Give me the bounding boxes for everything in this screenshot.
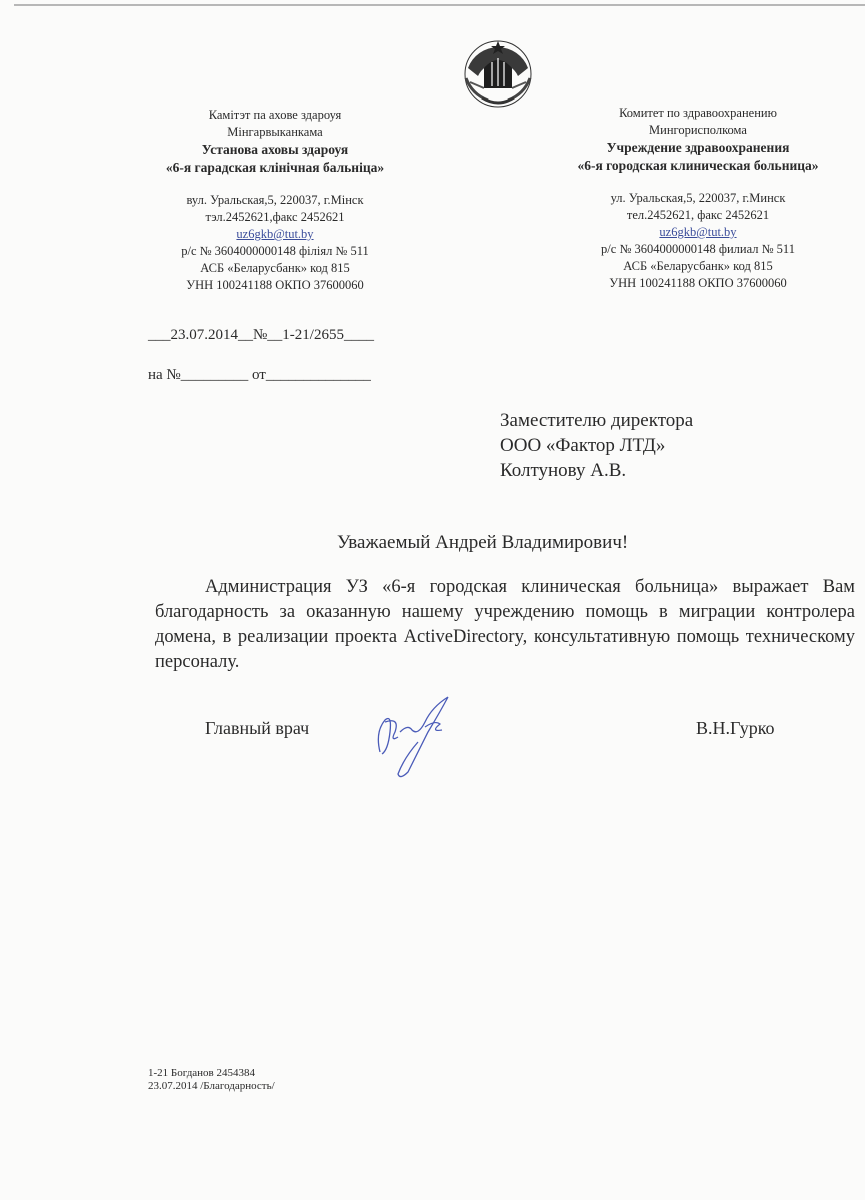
executive-committee: Мингорисполкома xyxy=(548,122,848,139)
tax-ids: УНН 100241188 ОКПО 37600060 xyxy=(140,277,410,294)
letter-body: Администрация УЗ «6-я городская клиничес… xyxy=(155,575,855,675)
phone-fax: тел.2452621, факс 2452621 xyxy=(548,207,848,224)
body-paragraph: Администрация УЗ «6-я городская клиничес… xyxy=(155,575,855,675)
address: ул. Уральская,5, 220037, г.Минск xyxy=(548,190,848,207)
recipient-position: Заместителю директора xyxy=(500,408,693,433)
institution-type: Установа аховы здароуя xyxy=(140,141,410,159)
bank-name: АСБ «Беларусбанк» код 815 xyxy=(140,260,410,277)
phone-fax: тэл.2452621,факс 2452621 xyxy=(140,209,410,226)
committee-name: Камітэт па ахове здароуя xyxy=(140,107,410,124)
bank-name: АСБ «Беларусбанк» код 815 xyxy=(548,258,848,275)
coat-of-arms-icon xyxy=(458,38,538,110)
recipient-name: Колтунову А.В. xyxy=(500,458,693,483)
institution-type: Учреждение здравоохранения xyxy=(548,139,848,157)
email-link[interactable]: uz6gkb@tut.by xyxy=(659,225,736,239)
institution-name: «6-я городская клиническая больница» xyxy=(548,157,848,175)
header-russian: Комитет по здравоохранению Мингорисполко… xyxy=(548,105,848,292)
recipient-block: Заместителю директора ООО «Фактор ЛТД» К… xyxy=(500,408,693,483)
handwritten-signature-icon xyxy=(370,692,470,782)
bank-account: р/с № 3604000000148 филиал № 511 xyxy=(548,241,848,258)
committee-name: Комитет по здравоохранению xyxy=(548,105,848,122)
signatory-title: Главный врач xyxy=(205,718,309,739)
recipient-company: ООО «Фактор ЛТД» xyxy=(500,433,693,458)
outgoing-reference: ___23.07.2014__№__1-21/2655____ xyxy=(148,327,374,344)
page-top-edge xyxy=(14,4,865,6)
salutation: Уважаемый Андрей Владимирович! xyxy=(337,532,628,554)
executor-note: 1-21 Богданов 2454384 23.07.2014 /Благод… xyxy=(148,1067,275,1093)
institution-name: «6-я гарадская клінічная бальніца» xyxy=(140,159,410,177)
email-link[interactable]: uz6gkb@tut.by xyxy=(236,227,313,241)
tax-ids: УНН 100241188 ОКПО 37600060 xyxy=(548,275,848,292)
incoming-reference: на №_________ от______________ xyxy=(148,367,371,384)
file-note: 23.07.2014 /Благодарность/ xyxy=(148,1080,275,1093)
executor-line: 1-21 Богданов 2454384 xyxy=(148,1067,275,1080)
signatory-name: В.Н.Гурко xyxy=(696,718,775,739)
executive-committee: Мінгарвыканкама xyxy=(140,124,410,141)
bank-account: р/с № 3604000000148 філіял № 511 xyxy=(140,243,410,260)
address: вул. Уральская,5, 220037, г.Мінск xyxy=(140,192,410,209)
header-belarusian: Камітэт па ахове здароуя Мінгарвыканкама… xyxy=(140,107,410,294)
